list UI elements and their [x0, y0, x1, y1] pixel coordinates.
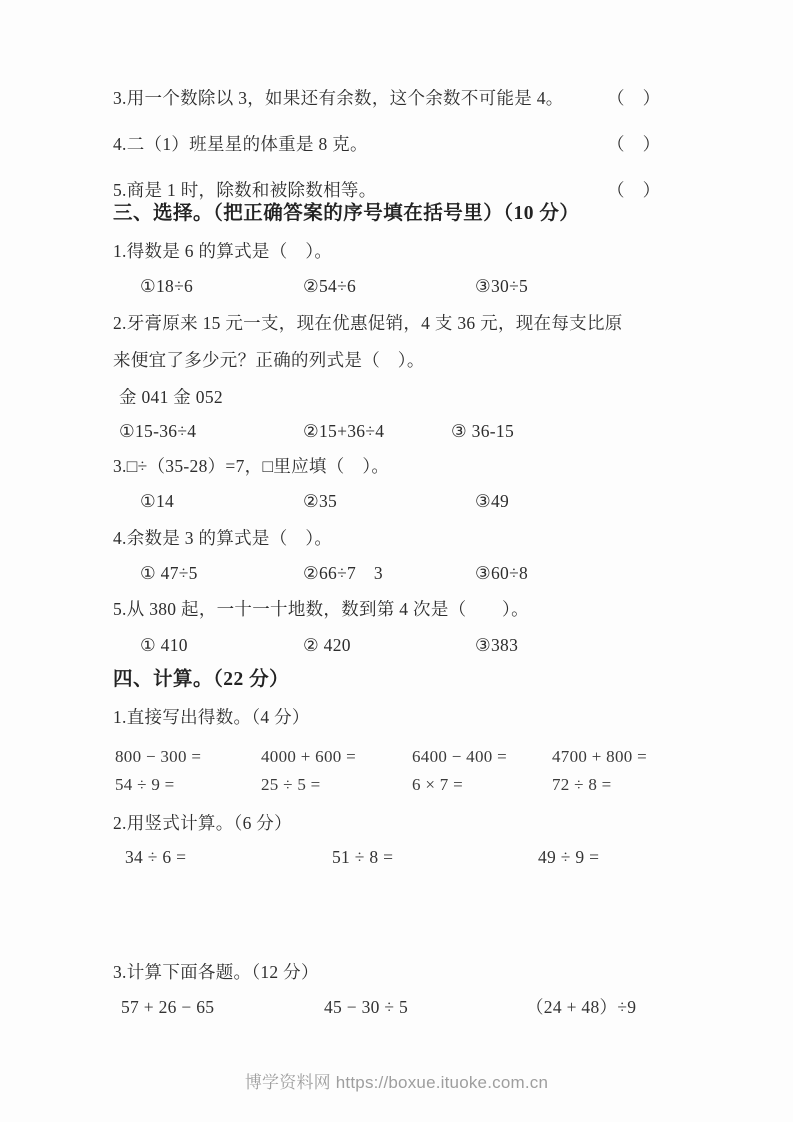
judgement-item: 5.商是 1 时，除数和被除数相等。 （ ）	[113, 178, 713, 203]
direct-calc-row: 800 − 300 = 4000 + 600 = 6400 − 400 = 47…	[115, 744, 720, 769]
calc-problem: 25 ÷ 5 =	[261, 772, 412, 797]
calc-subsection-title: 2.用竖式计算。（6 分）	[113, 811, 292, 836]
calc-problem: 45 − 30 ÷ 5	[324, 995, 526, 1020]
exam-page: 3.用一个数除以 3，如果还有余数，这个余数不可能是 4。 （ ） 4.二（1）…	[0, 0, 793, 1122]
choice-question-text: 3.□÷（35-28）=7，□里应填（ ）。	[113, 454, 389, 479]
choice-options-row: ① 47÷5 ②66÷7 3 ③60÷8	[140, 561, 715, 586]
judgement-item: 4.二（1）班星星的体重是 8 克。 （ ）	[113, 132, 713, 157]
choice-question-text: 1.得数是 6 的算式是（ ）。	[113, 239, 332, 264]
watermark-code: 金 041 金 052	[119, 385, 223, 410]
calc-problem: 51 ÷ 8 =	[332, 845, 538, 870]
choice-option: ③ 36-15	[451, 419, 694, 444]
vertical-calc-row: 34 ÷ 6 = 51 ÷ 8 = 49 ÷ 9 =	[125, 845, 710, 870]
calc-problem: 800 − 300 =	[115, 744, 261, 769]
choice-section-heading: 三、选择。（把正确答案的序号填在括号里）（10 分）	[113, 201, 579, 226]
choice-options-row: ①14 ②35 ③49	[140, 489, 715, 514]
choice-option: ① 47÷5	[140, 561, 303, 586]
answer-bracket: （ ）	[607, 178, 660, 203]
choice-option: ① 410	[140, 633, 303, 658]
choice-question-text: 5.从 380 起，一十一十地数，数到第 4 次是（ ）。	[113, 597, 529, 622]
choice-option: ③383	[475, 633, 715, 658]
calc-subsection-title: 1.直接写出得数。（4 分）	[113, 705, 310, 730]
choice-option: ③49	[475, 489, 715, 514]
choice-option: ③30÷5	[475, 274, 715, 299]
calc-problem: 4700 + 800 =	[552, 744, 720, 769]
choice-option: ①15-36÷4	[119, 419, 303, 444]
choice-option: ②15+36÷4	[303, 419, 451, 444]
calc-problem: 6400 − 400 =	[412, 744, 552, 769]
choice-option: ①18÷6	[140, 274, 303, 299]
calc-problem: 6 × 7 =	[412, 772, 552, 797]
answer-bracket: （ ）	[607, 86, 660, 111]
calc-subsection-title: 3.计算下面各题。（12 分）	[113, 960, 319, 985]
calc-problem: 49 ÷ 9 =	[538, 845, 710, 870]
calc-problem: 72 ÷ 8 =	[552, 772, 720, 797]
calc-problem: 57 + 26 − 65	[121, 995, 324, 1020]
choice-options-row: ① 410 ② 420 ③383	[140, 633, 715, 658]
direct-calc-row: 54 ÷ 9 = 25 ÷ 5 = 6 × 7 = 72 ÷ 8 =	[115, 772, 720, 797]
choice-option: ②35	[303, 489, 475, 514]
judgement-text: 3.用一个数除以 3，如果还有余数，这个余数不可能是 4。	[113, 88, 564, 108]
judgement-text: 5.商是 1 时，除数和被除数相等。	[113, 180, 377, 200]
judgement-item: 3.用一个数除以 3，如果还有余数，这个余数不可能是 4。 （ ）	[113, 86, 713, 111]
choice-option: ②66÷7 3	[303, 561, 475, 586]
choice-option: ③60÷8	[475, 561, 715, 586]
choice-question-text: 4.余数是 3 的算式是（ ）。	[113, 526, 332, 551]
choice-question-text: 2.牙膏原来 15 元一支，现在优惠促销，4 支 36 元，现在每支比原	[113, 311, 623, 336]
calc-problem: 54 ÷ 9 =	[115, 772, 261, 797]
choice-options-row: ①15-36÷4 ②15+36÷4 ③ 36-15	[119, 419, 694, 444]
mixed-calc-row: 57 + 26 − 65 45 − 30 ÷ 5 （24 + 48）÷9	[121, 995, 706, 1020]
choice-option: ①14	[140, 489, 303, 514]
footer-watermark: 博学资料网 https://boxue.ituoke.com.cn	[0, 1068, 793, 1093]
judgement-text: 4.二（1）班星星的体重是 8 克。	[113, 134, 368, 154]
choice-options-row: ①18÷6 ②54÷6 ③30÷5	[140, 274, 715, 299]
calc-problem: （24 + 48）÷9	[526, 995, 706, 1020]
answer-bracket: （ ）	[607, 132, 660, 157]
choice-option: ② 420	[303, 633, 475, 658]
calc-problem: 34 ÷ 6 =	[125, 845, 332, 870]
calc-section-heading: 四、计算。（22 分）	[113, 667, 289, 692]
choice-option: ②54÷6	[303, 274, 475, 299]
calc-problem: 4000 + 600 =	[261, 744, 412, 769]
choice-question-text: 来便宜了多少元？正确的列式是（ ）。	[113, 348, 425, 373]
